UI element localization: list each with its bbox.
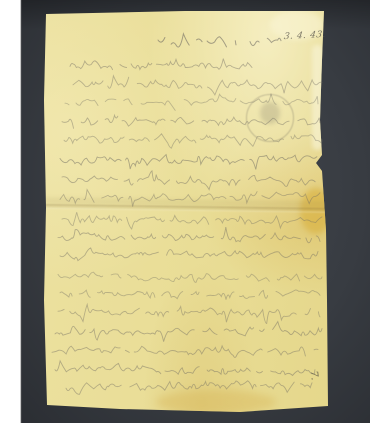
postmark-smudge — [260, 102, 280, 124]
scan-strip-edge — [20, 0, 22, 423]
letter-paper — [44, 10, 330, 413]
margin-mark: 7. — [308, 370, 320, 381]
